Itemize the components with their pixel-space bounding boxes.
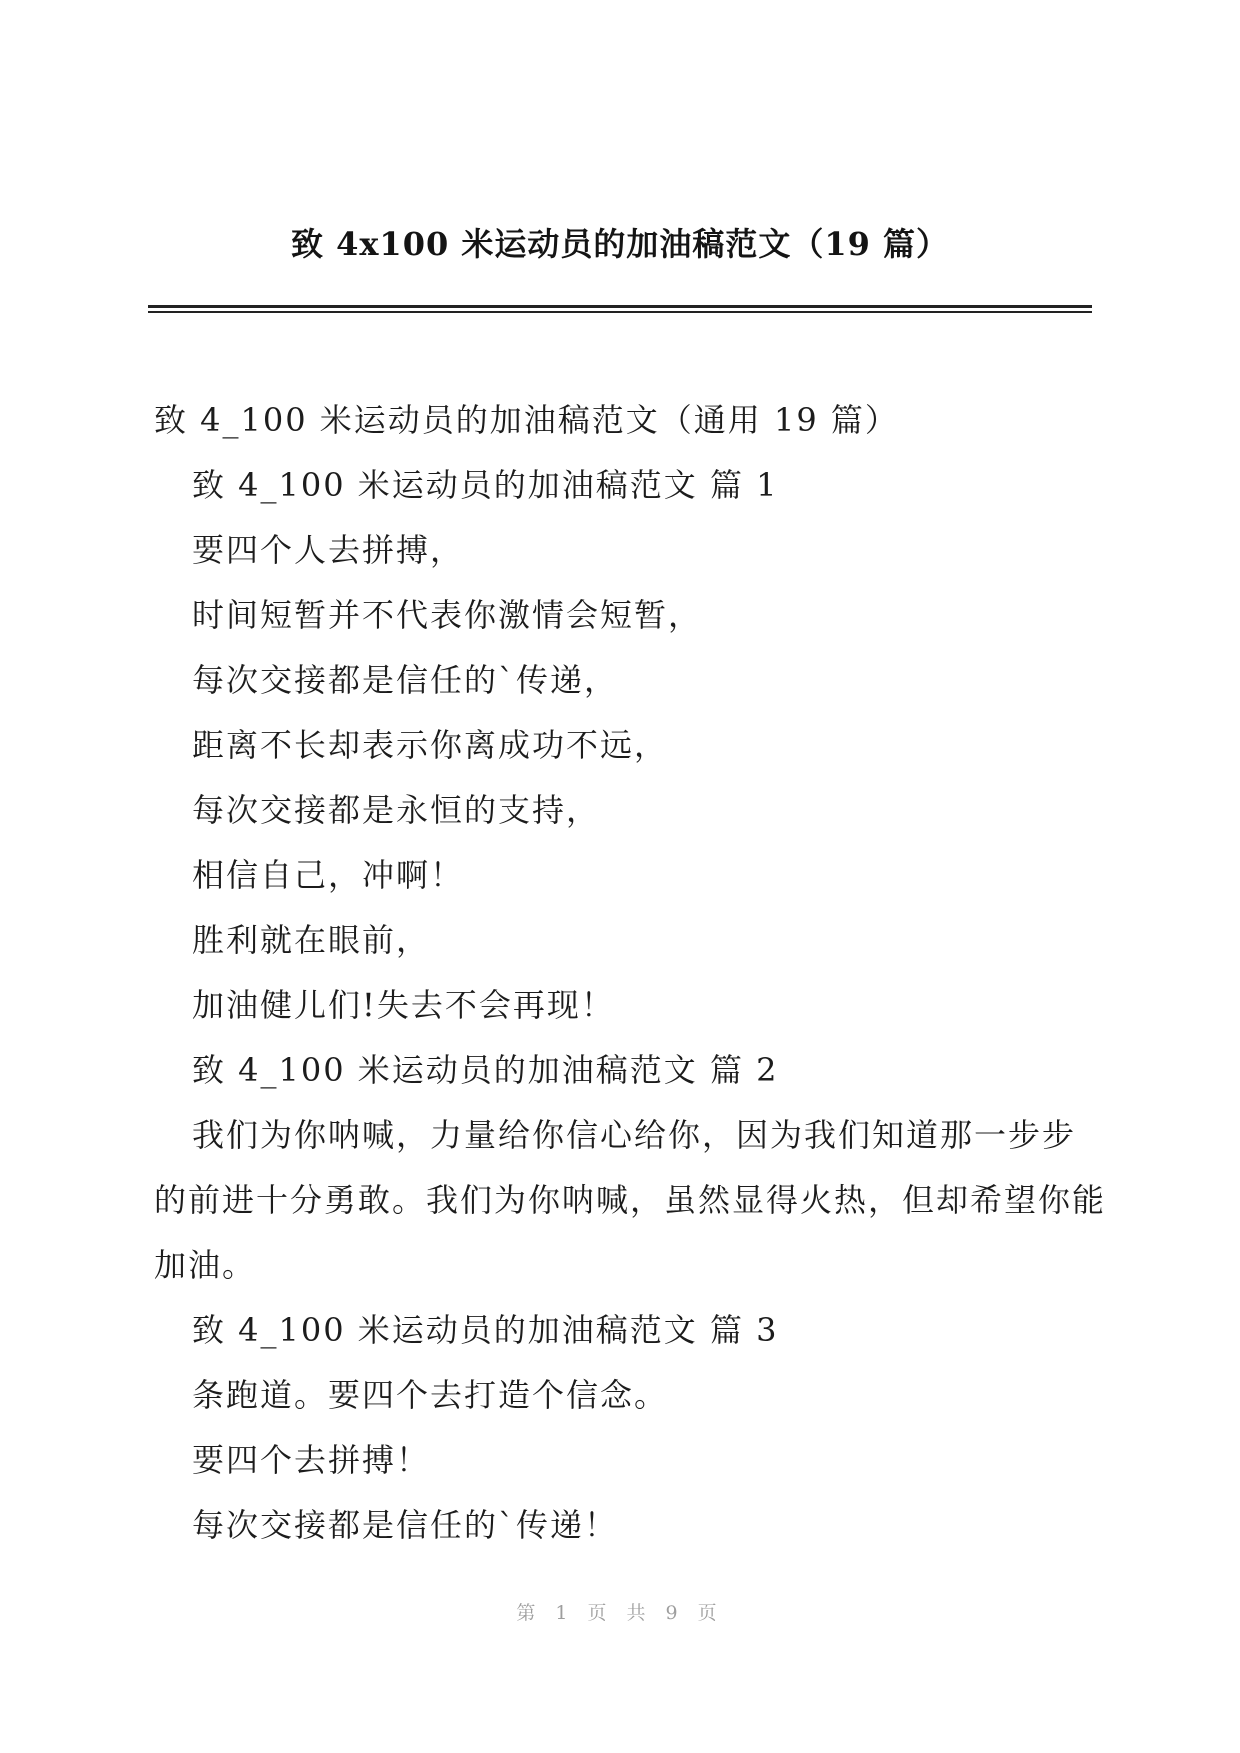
text-line: 胜利就在眼前， <box>154 908 1100 973</box>
title-double-rule <box>148 305 1092 313</box>
text-line: 要四个人去拼搏， <box>154 518 1100 583</box>
page-number-footer: 第 1 页 共 9 页 <box>0 1599 1240 1627</box>
text-line: 每次交接都是信任的`传递， <box>154 648 1100 713</box>
text-line: 致 4_100 米运动员的加油稿范文 篇 1 <box>154 453 1100 518</box>
text-line: 每次交接都是信任的`传递！ <box>154 1493 1100 1558</box>
text-line: 致 4_100 米运动员的加油稿范文 篇 3 <box>154 1298 1100 1363</box>
document-body: 致 4_100 米运动员的加油稿范文（通用 19 篇）致 4_100 米运动员的… <box>154 388 1100 1558</box>
text-line: 致 4_100 米运动员的加油稿范文 篇 2 <box>154 1038 1100 1103</box>
text-line: 时间短暂并不代表你激情会短暂， <box>154 583 1100 648</box>
text-line: 加油。 <box>154 1233 1100 1298</box>
text-line: 条跑道。要四个去打造个信念。 <box>154 1363 1100 1428</box>
text-line: 相信自己，冲啊！ <box>154 843 1100 908</box>
text-line: 要四个去拼搏！ <box>154 1428 1100 1493</box>
text-line: 的前进十分勇敢。我们为你呐喊，虽然显得火热，但却希望你能 <box>154 1168 1100 1233</box>
text-line: 每次交接都是永恒的支持， <box>154 778 1100 843</box>
document-title: 致 4x100 米运动员的加油稿范文（19 篇） <box>0 219 1240 265</box>
text-line: 距离不长却表示你离成功不远， <box>154 713 1100 778</box>
text-line: 我们为你呐喊，力量给你信心给你，因为我们知道那一步步 <box>154 1103 1100 1168</box>
text-line: 致 4_100 米运动员的加油稿范文（通用 19 篇） <box>154 388 1100 453</box>
document-page: 致 4x100 米运动员的加油稿范文（19 篇） 致 4_100 米运动员的加油… <box>0 0 1240 1753</box>
text-line: 加油健儿们!失去不会再现！ <box>154 973 1100 1038</box>
